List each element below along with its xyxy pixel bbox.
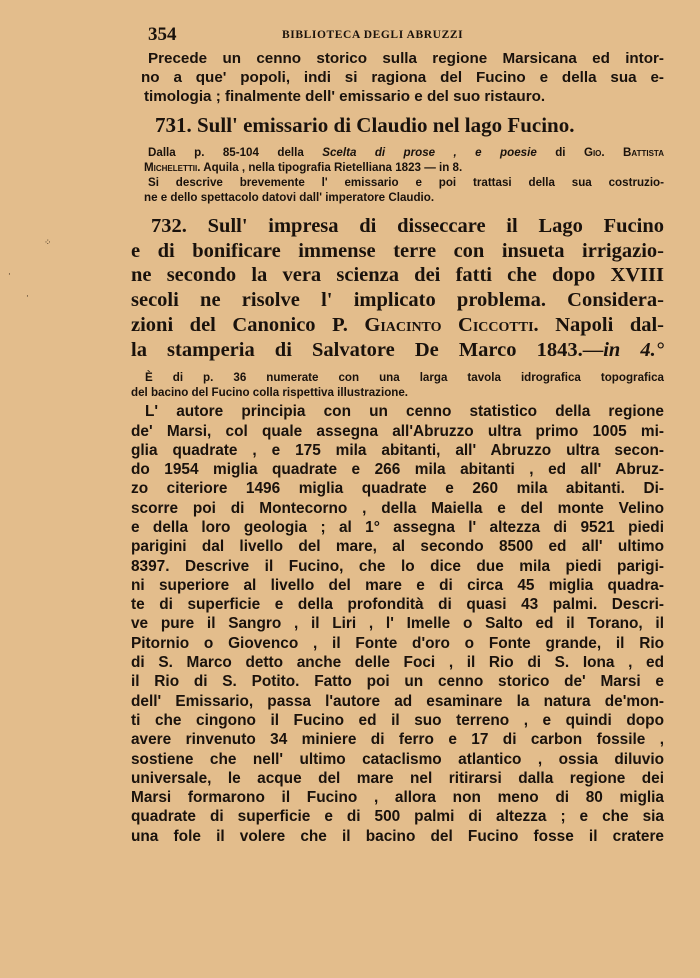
entry-title-text: Sull' emissario di Claudio nel lago Fuci… <box>197 113 574 137</box>
note-line: del bacino del Fucino colla rispettiva i… <box>131 385 664 400</box>
text-line: timologia ; finalmente dell' emissario e… <box>144 87 664 106</box>
body-line: e della loro geologia ; al 1° assegna l'… <box>131 518 664 537</box>
book-page: 354 BIBLIOTECA DEGLI ABRUZZI Precede un … <box>148 24 664 846</box>
note-line: È di p. 36 numerate con una larga tavola… <box>131 370 664 385</box>
body-line: avere rinvenuto 34 miniere di ferro e 17… <box>131 730 664 749</box>
body-line: do 1954 miglia quadrate e 266 mila abita… <box>131 460 664 479</box>
source-line: Michelettii. Aquila , nella tipografia R… <box>144 160 664 175</box>
margin-speck: · <box>8 270 11 280</box>
entry-731-source: Dalla p. 85-104 della Scelta di prose , … <box>148 145 664 205</box>
entry-732-body: L' autore principia con un cenno statist… <box>131 402 664 846</box>
body-line: dell' Emissario, passa l'autore ad esami… <box>131 692 664 711</box>
description-line: ne e dello spettacolo datovi dall' imper… <box>144 190 664 205</box>
running-title: BIBLIOTECA DEGLI ABRUZZI <box>282 29 463 41</box>
body-line: di S. Marco detto anche delle Foci , il … <box>131 653 664 672</box>
entry-731-title: 731. Sull' emissario di Claudio nel lago… <box>155 112 664 138</box>
body-line: zo citeriore 1496 miglia quadrate e 260 … <box>131 479 664 498</box>
body-line: il Rio di S. Potito. Fatto poi un cenno … <box>131 672 664 691</box>
body-line: ti che cingono il Fucino ed il suo terre… <box>131 711 664 730</box>
body-line: ni superiore al livello del mare e di ci… <box>131 576 664 595</box>
body-line: una fole il volere che il bacino del Fuc… <box>131 827 664 846</box>
entry-732-title: 732. Sull' impresa di disseccare il Lago… <box>131 214 664 362</box>
margin-speck: · <box>26 292 29 302</box>
title-line: 732. Sull' impresa di disseccare il Lago… <box>131 214 664 239</box>
intro-paragraph: Precede un cenno storico sulla regione M… <box>148 49 664 106</box>
entry-number: 732. <box>151 215 187 237</box>
title-line: secoli ne risolve l' implicato problema.… <box>131 288 664 313</box>
body-line: quadrate di superficie e di 500 palmi di… <box>131 807 664 826</box>
author-line: zioni del Canonico P. Giacinto Ciccotti.… <box>131 313 664 338</box>
title-line: ne secondo la vera scienza dei fatti che… <box>131 263 664 288</box>
body-line: L' autore principia con un cenno statist… <box>131 402 664 421</box>
body-line: ve pure il Sangro , il Liri , l' Imelle … <box>131 614 664 633</box>
body-line: 8397. Descrive il Fucino, che lo dice du… <box>131 557 664 576</box>
text-line: no a que' popoli, indi si ragiona del Fu… <box>141 68 664 87</box>
body-line: te di superficie e della profondità di q… <box>131 595 664 614</box>
body-line: glia quadrate , e 175 mila abitanti, all… <box>131 441 664 460</box>
page-number: 354 <box>148 24 177 46</box>
entry-732-note: È di p. 36 numerate con una larga tavola… <box>131 370 664 400</box>
body-line: parigini dal livello del mare, al second… <box>131 537 664 556</box>
body-line: scorre poi di Montecorno , della Maiella… <box>131 499 664 518</box>
body-line: Marsi formarono il Fucino , allora non m… <box>131 788 664 807</box>
text-line: Precede un cenno storico sulla regione M… <box>148 49 664 68</box>
source-line: Dalla p. 85-104 della Scelta di prose , … <box>148 145 664 160</box>
title-line: e di bonificare immense terre con insuet… <box>131 239 664 264</box>
body-line: universale, le acque del mare nel ritira… <box>131 769 664 788</box>
body-line: de' Marsi, col quale assegna all'Abruzzo… <box>131 422 664 441</box>
description-line: Si descrive brevemente l' emissario e po… <box>148 175 664 190</box>
margin-speck: ⁘ <box>44 238 52 248</box>
running-head: 354 BIBLIOTECA DEGLI ABRUZZI <box>148 24 664 48</box>
body-line: Pitornio o Giovenco , il Fonte d'oro o F… <box>131 634 664 653</box>
body-line: sostiene che nell' ultimo cataclismo atl… <box>131 750 664 769</box>
imprint-line: la stamperia di Salvatore De Marco 1843.… <box>131 338 664 363</box>
entry-number: 731. <box>155 113 192 137</box>
